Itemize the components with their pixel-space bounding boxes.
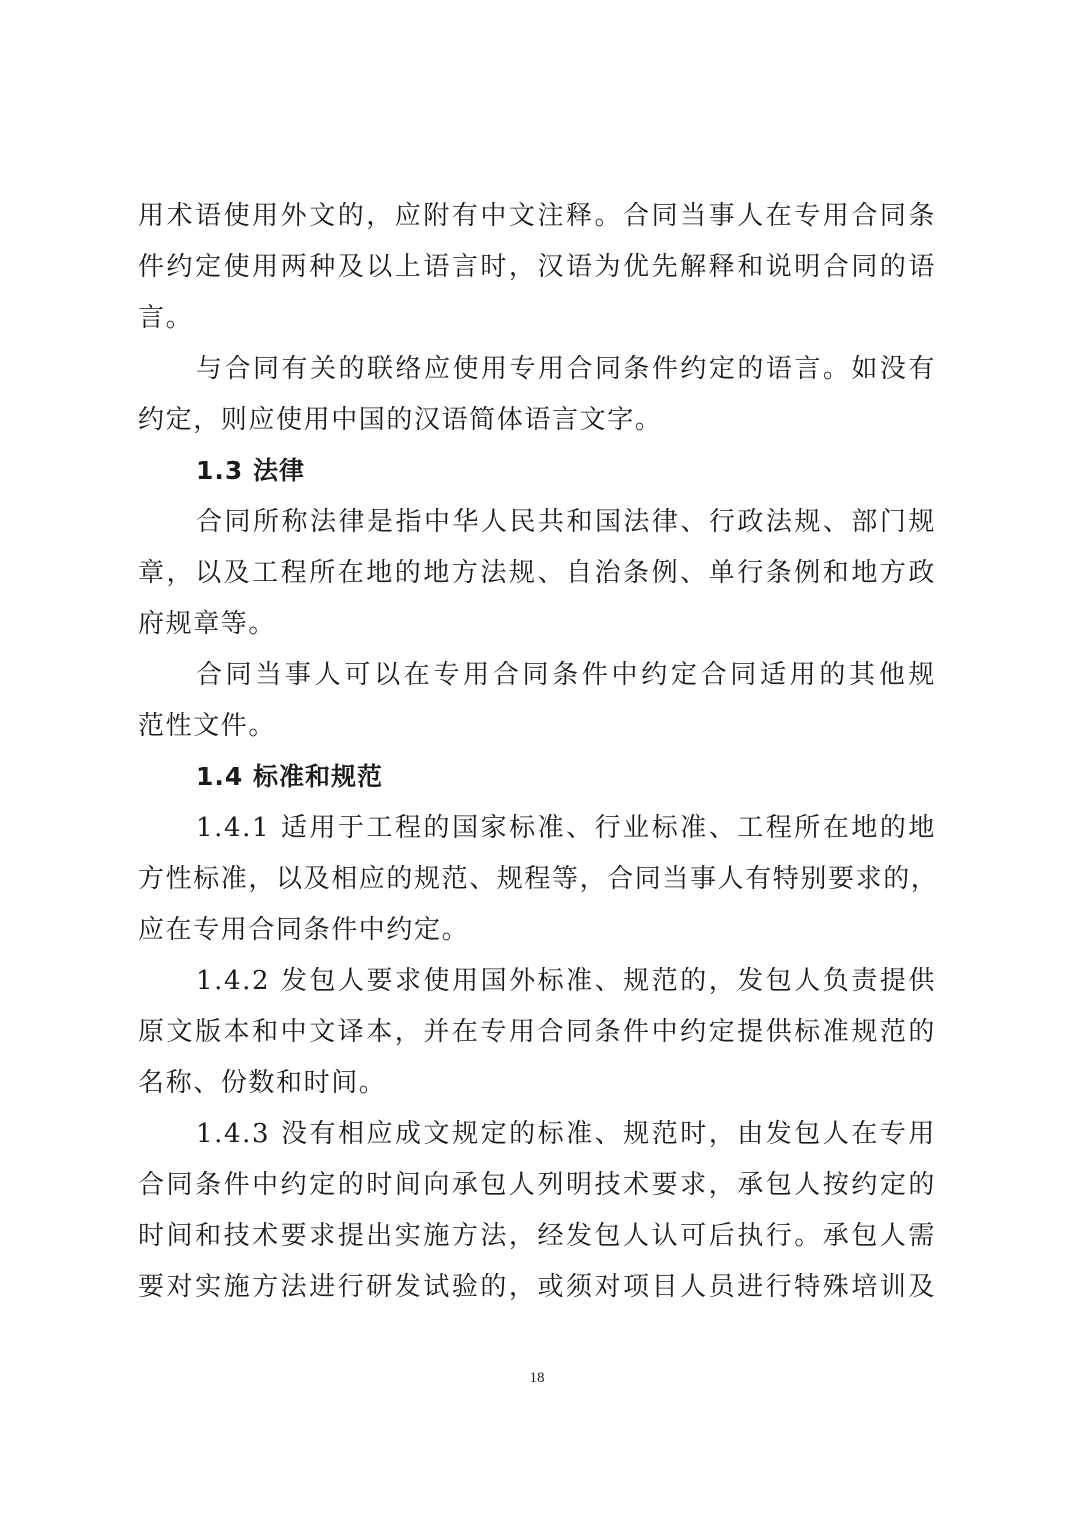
text-line: 1.4.2 发包人要求使用国外标准、规范的，发包人负责提供 (196, 961, 936, 1001)
section-heading: 1.3 法律 (196, 451, 305, 491)
text-line: 用术语使用外文的，应附有中文注释。合同当事人在专用合同条 (138, 196, 936, 236)
text-line: 时间和技术要求提出实施方法，经发包人认可后执行。承包人需 (138, 1216, 936, 1256)
text-line: 范性文件。 (138, 706, 276, 746)
text-line: 要对实施方法进行研发试验的，或须对项目人员进行特殊培训及 (138, 1267, 936, 1307)
text-line: 言。 (138, 298, 193, 338)
text-line: 方性标准，以及相应的规范、规程等，合同当事人有特别要求的， (138, 859, 936, 899)
text-line: 应在专用合同条件中约定。 (138, 910, 469, 950)
text-line: 与合同有关的联络应使用专用合同条件约定的语言。如没有 (196, 349, 936, 389)
text-line: 名称、份数和时间。 (138, 1063, 386, 1103)
text-line: 合同所称法律是指中华人民共和国法律、行政法规、部门规 (196, 502, 936, 542)
text-line: 章，以及工程所在地的地方法规、自治条例、单行条例和地方政 (138, 553, 936, 593)
section-heading: 1.4 标准和规范 (196, 757, 383, 797)
text-line: 1.4.1 适用于工程的国家标准、行业标准、工程所在地的地 (196, 808, 936, 848)
text-line: 合同条件中约定的时间向承包人列明技术要求，承包人按约定的 (138, 1165, 936, 1205)
text-line: 府规章等。 (138, 604, 276, 644)
text-line: 约定，则应使用中国的汉语简体语言文字。 (138, 400, 662, 440)
text-line: 1.4.3 没有相应成文规定的标准、规范时，由发包人在专用 (196, 1114, 936, 1154)
text-line: 合同当事人可以在专用合同条件中约定合同适用的其他规 (196, 655, 936, 695)
text-line: 原文版本和中文译本，并在专用合同条件中约定提供标准规范的 (138, 1012, 936, 1052)
page-number: 18 (0, 1370, 1074, 1387)
text-line: 件约定使用两种及以上语言时，汉语为优先解释和说明合同的语 (138, 247, 936, 287)
